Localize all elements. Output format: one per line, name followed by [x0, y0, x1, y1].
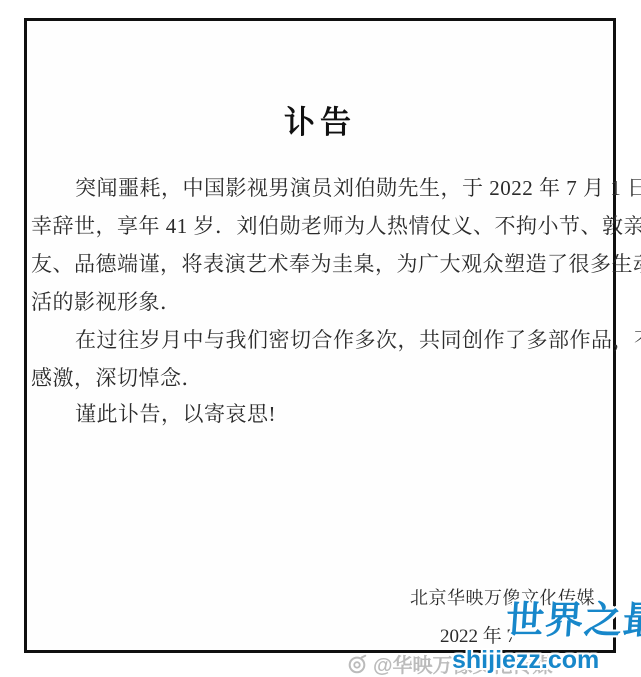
body-line: 活的影视形象．	[31, 289, 182, 315]
site-url-watermark: shijiezz.com	[452, 646, 599, 674]
site-name-watermark: 世界之最	[504, 598, 641, 644]
body-line: 在过往岁月中与我们密切合作多次，共同创作了多部作品，不胜	[31, 327, 641, 353]
notice-title: 讣告	[24, 97, 616, 142]
obituary-notice-page: 讣告 突闻噩耗，中国影视男演员刘伯勋先生，于 2022 年 7 月 1 日不 幸…	[0, 0, 641, 677]
weibo-eye-icon	[346, 653, 368, 675]
body-line: 友、品德端谨，将表演艺术奉为圭臬，为广大观众塑造了很多生动鲜	[31, 251, 641, 277]
body-line: 感激，深切悼念．	[31, 365, 203, 391]
body-line: 幸辞世，享年 41 岁．刘伯勋老师为人热情仗义、不拘小节、敦亲睦	[31, 213, 641, 239]
body-line: 谨此讣告，以寄哀思!	[31, 401, 276, 427]
body-line: 突闻噩耗，中国影视男演员刘伯勋先生，于 2022 年 7 月 1 日不	[31, 175, 641, 201]
